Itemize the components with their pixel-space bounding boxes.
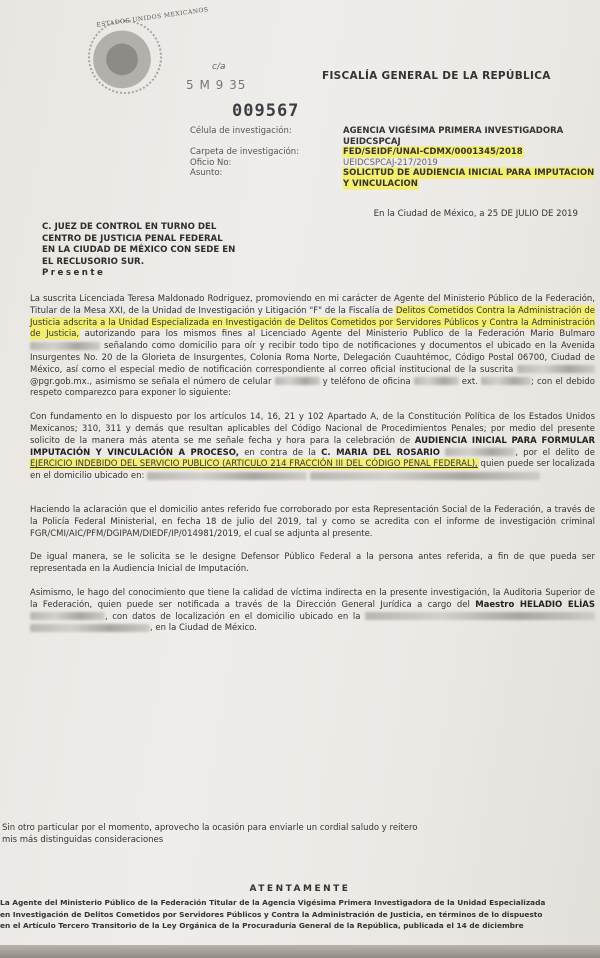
recipient-block: C. JUEZ DE CONTROL EN TURNO DEL CENTRO D…: [42, 222, 235, 280]
closing-paragraph: Sin otro particular por el momento, apro…: [0, 823, 600, 847]
paragraph-clarification: Haciendo la aclaración que el domicilio …: [30, 505, 595, 540]
meta-row-carpeta: Carpeta de investigación: FED/SEIDF/UNAI…: [190, 147, 595, 158]
paragraph-victim: Asimismo, le hago del conocimiento que t…: [30, 588, 595, 635]
paragraph-intro: La suscrita Licenciada Teresa Maldonado …: [30, 294, 595, 400]
paragraph-defender: De igual manera, se le solicita se le de…: [30, 552, 595, 576]
meta-label: Carpeta de investigación:: [190, 147, 343, 158]
signature-line: en Investigación de Delitos Cometidos po…: [0, 909, 600, 921]
redacted-address: [365, 612, 595, 620]
received-stamp-mark: c/a: [212, 62, 226, 72]
text: ext.: [459, 377, 481, 387]
meta-label: Célula de investigación:: [190, 126, 343, 147]
presente-label: Presente: [42, 268, 235, 280]
recipient-line: EN LA CIUDAD DE MÉXICO CON SEDE EN: [42, 245, 235, 257]
seal-text: ESTADOS UNIDOS MEXICANOS: [96, 6, 209, 29]
document-page: ESTADOS UNIDOS MEXICANOS c/a 5 M 9 35 00…: [0, 0, 600, 958]
text: autorizando para los mismos fines al Lic…: [79, 329, 595, 339]
meta-label: Asunto:: [190, 168, 343, 189]
closing-line: Sin otro particular por el momento, apro…: [2, 823, 600, 835]
date-line: En la Ciudad de México, a 25 DE JULIO DE…: [374, 209, 578, 219]
received-stamp-time: 5 M 9 35: [186, 78, 246, 92]
redacted-surname: [30, 342, 100, 350]
letter-body: La suscrita Licenciada Teresa Maldonado …: [30, 294, 595, 647]
meta-value: UEIDCSPCAJ-217/2019: [343, 158, 595, 169]
bold-text: Maestro HELADIO ELÍAS: [475, 600, 595, 610]
case-metadata: Célula de investigación: AGENCIA VIGÉSIM…: [190, 126, 595, 189]
redacted-email-user: [517, 365, 595, 373]
redacted-address-cont: [30, 624, 150, 632]
meta-row-celula: Célula de investigación: AGENCIA VIGÉSIM…: [190, 126, 595, 147]
paragraph-request: Con fundamento en lo dispuesto por los a…: [30, 412, 595, 483]
redacted-address: [147, 472, 307, 480]
redacted-surname: [30, 612, 105, 620]
atentamente-heading: ATENTAMENTE: [0, 884, 600, 894]
text: , por el delito de: [515, 448, 595, 458]
text: , en la Ciudad de México.: [150, 623, 257, 633]
closing-line: mis más distinguidas consideraciones: [2, 835, 600, 847]
folio-number: 009567: [232, 101, 299, 121]
redacted-cellphone: [275, 377, 320, 385]
signature-line: en el Artículo Tercero Transitorio de la…: [0, 920, 600, 932]
redacted-office-phone: [414, 377, 459, 385]
meta-row-asunto: Asunto: SOLICITUD DE AUDIENCIA INICIAL P…: [190, 168, 595, 189]
redacted-extension: [481, 377, 531, 385]
meta-row-oficio: Oficio No: UEIDCSPCAJ-217/2019: [190, 158, 595, 169]
recipient-line: EL RECLUSORIO SUR.: [42, 257, 235, 269]
recipient-line: CENTRO DE JUSTICIA PENAL FEDERAL: [42, 234, 235, 246]
text: señalando como domicilio para oír y reci…: [30, 341, 595, 375]
meta-value: SOLICITUD DE AUDIENCIA INICIAL PARA IMPU…: [343, 168, 594, 189]
signature-line: La Agente del Ministerio Público de la F…: [0, 897, 600, 909]
email-domain: @pgr.gob.mx.,: [30, 377, 92, 387]
accused-name: C. MARIA DEL ROSARIO: [321, 448, 440, 458]
redacted-address-cont: [310, 472, 540, 480]
text: y teléfono de oficina: [320, 377, 414, 387]
recipient-line: C. JUEZ DE CONTROL EN TURNO DEL: [42, 222, 235, 234]
meta-label: Oficio No:: [190, 158, 343, 169]
text: en contra de la: [239, 448, 321, 458]
highlighted-offense: EJERCICIO INDEBIDO DEL SERVICIO PUBLICO …: [30, 459, 478, 469]
signature-block: La Agente del Ministerio Público de la F…: [0, 897, 600, 932]
agency-title: FISCALÍA GENERAL DE LA REPÚBLICA: [322, 70, 551, 82]
meta-value: FED/SEIDF/UNAI-CDMX/0001345/2018: [343, 147, 523, 157]
national-seal-icon: [86, 22, 158, 90]
text: , con datos de localización en el domici…: [105, 612, 365, 622]
redacted-accused-surname: [445, 448, 515, 456]
page-edge-shadow: [0, 945, 600, 958]
text: asimismo se señala el número de celular: [92, 377, 274, 387]
meta-value: AGENCIA VIGÉSIMA PRIMERA INVESTIGADORA U…: [343, 126, 595, 147]
